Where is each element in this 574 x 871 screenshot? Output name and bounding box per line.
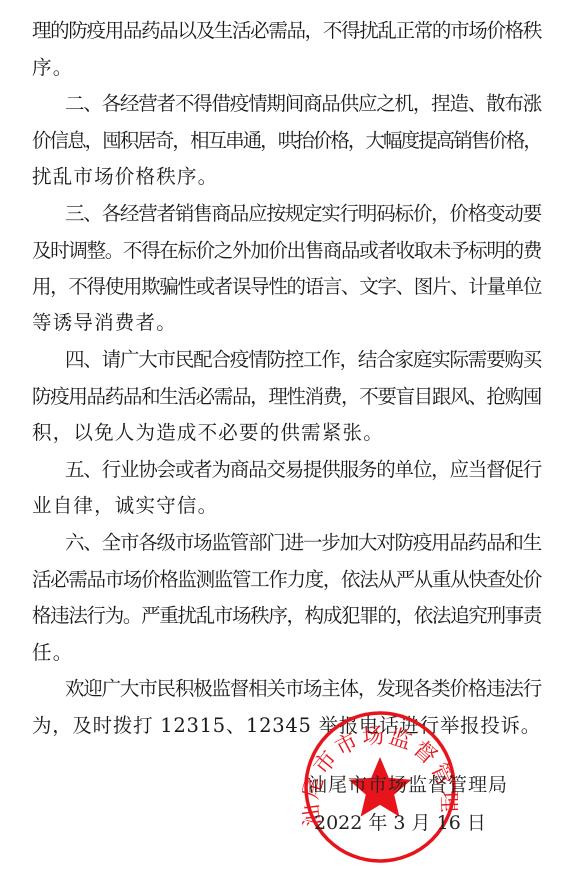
text-line: 积，以免人为造成不必要的供需紧张。 <box>32 422 384 444</box>
text-line: 及时调整。不得在标价之外加价出售商品或者收取未予标明的费 <box>32 240 541 262</box>
text-line: 序。 <box>32 57 73 79</box>
text-line: 三、各经营者销售商品应按规定实行明码标价，价格变动要 <box>65 203 541 225</box>
text-line: 为，及时拨打 12315、12345 举报电话进行举报投诉。 <box>32 715 541 737</box>
text-line: 任。 <box>32 642 73 664</box>
text-line: 四、请广大市民配合疫情防控工作，结合家庭实际需要购买 <box>65 349 541 371</box>
signature-organization: 汕尾市市场监督管理局 <box>308 774 508 796</box>
text-line: 格违法行为。严重扰乱市场秩序，构成犯罪的，依法追究刑事责 <box>32 605 541 627</box>
text-line: 欢迎广大市民积极监督相关市场主体，发现各类价格违法行 <box>65 678 541 700</box>
text-line: 活必需品市场价格监测监管工作力度，依法从严从重从快查处价 <box>32 569 541 591</box>
text-line: 六、全市各级市场监管部门进一步加大对防疫用品药品和生 <box>65 532 541 554</box>
text-line: 理的防疫用品药品以及生活必需品，不得扰乱正常的市场价格秩 <box>32 20 541 42</box>
signature-date: 2022 年 3 月 16 日 <box>314 812 486 834</box>
text-line: 用，不得使用欺骗性或者误导性的语言、文字、图片、计量单位 <box>32 276 541 298</box>
text-line: 防疫用品药品和生活必需品，理性消费，不要盲目跟风、抢购囤 <box>32 386 541 408</box>
text-line: 业自律，诚实守信。 <box>32 495 218 517</box>
document-page: 理的防疫用品药品以及生活必需品，不得扰乱正常的市场价格秩序。二、各经营者不得借疫… <box>0 0 574 871</box>
text-line: 扰乱市场价格秩序。 <box>32 166 218 188</box>
text-line: 等诱导消费者。 <box>32 312 177 334</box>
text-line: 价信息，囤积居奇，相互串通，哄抬价格，大幅度提高销售价格， <box>32 130 541 152</box>
text-line: 二、各经营者不得借疫情期间商品供应之机，捏造、散布涨 <box>65 93 541 115</box>
text-line: 五、行业协会或者为商品交易提供服务的单位，应当督促行 <box>65 459 541 481</box>
